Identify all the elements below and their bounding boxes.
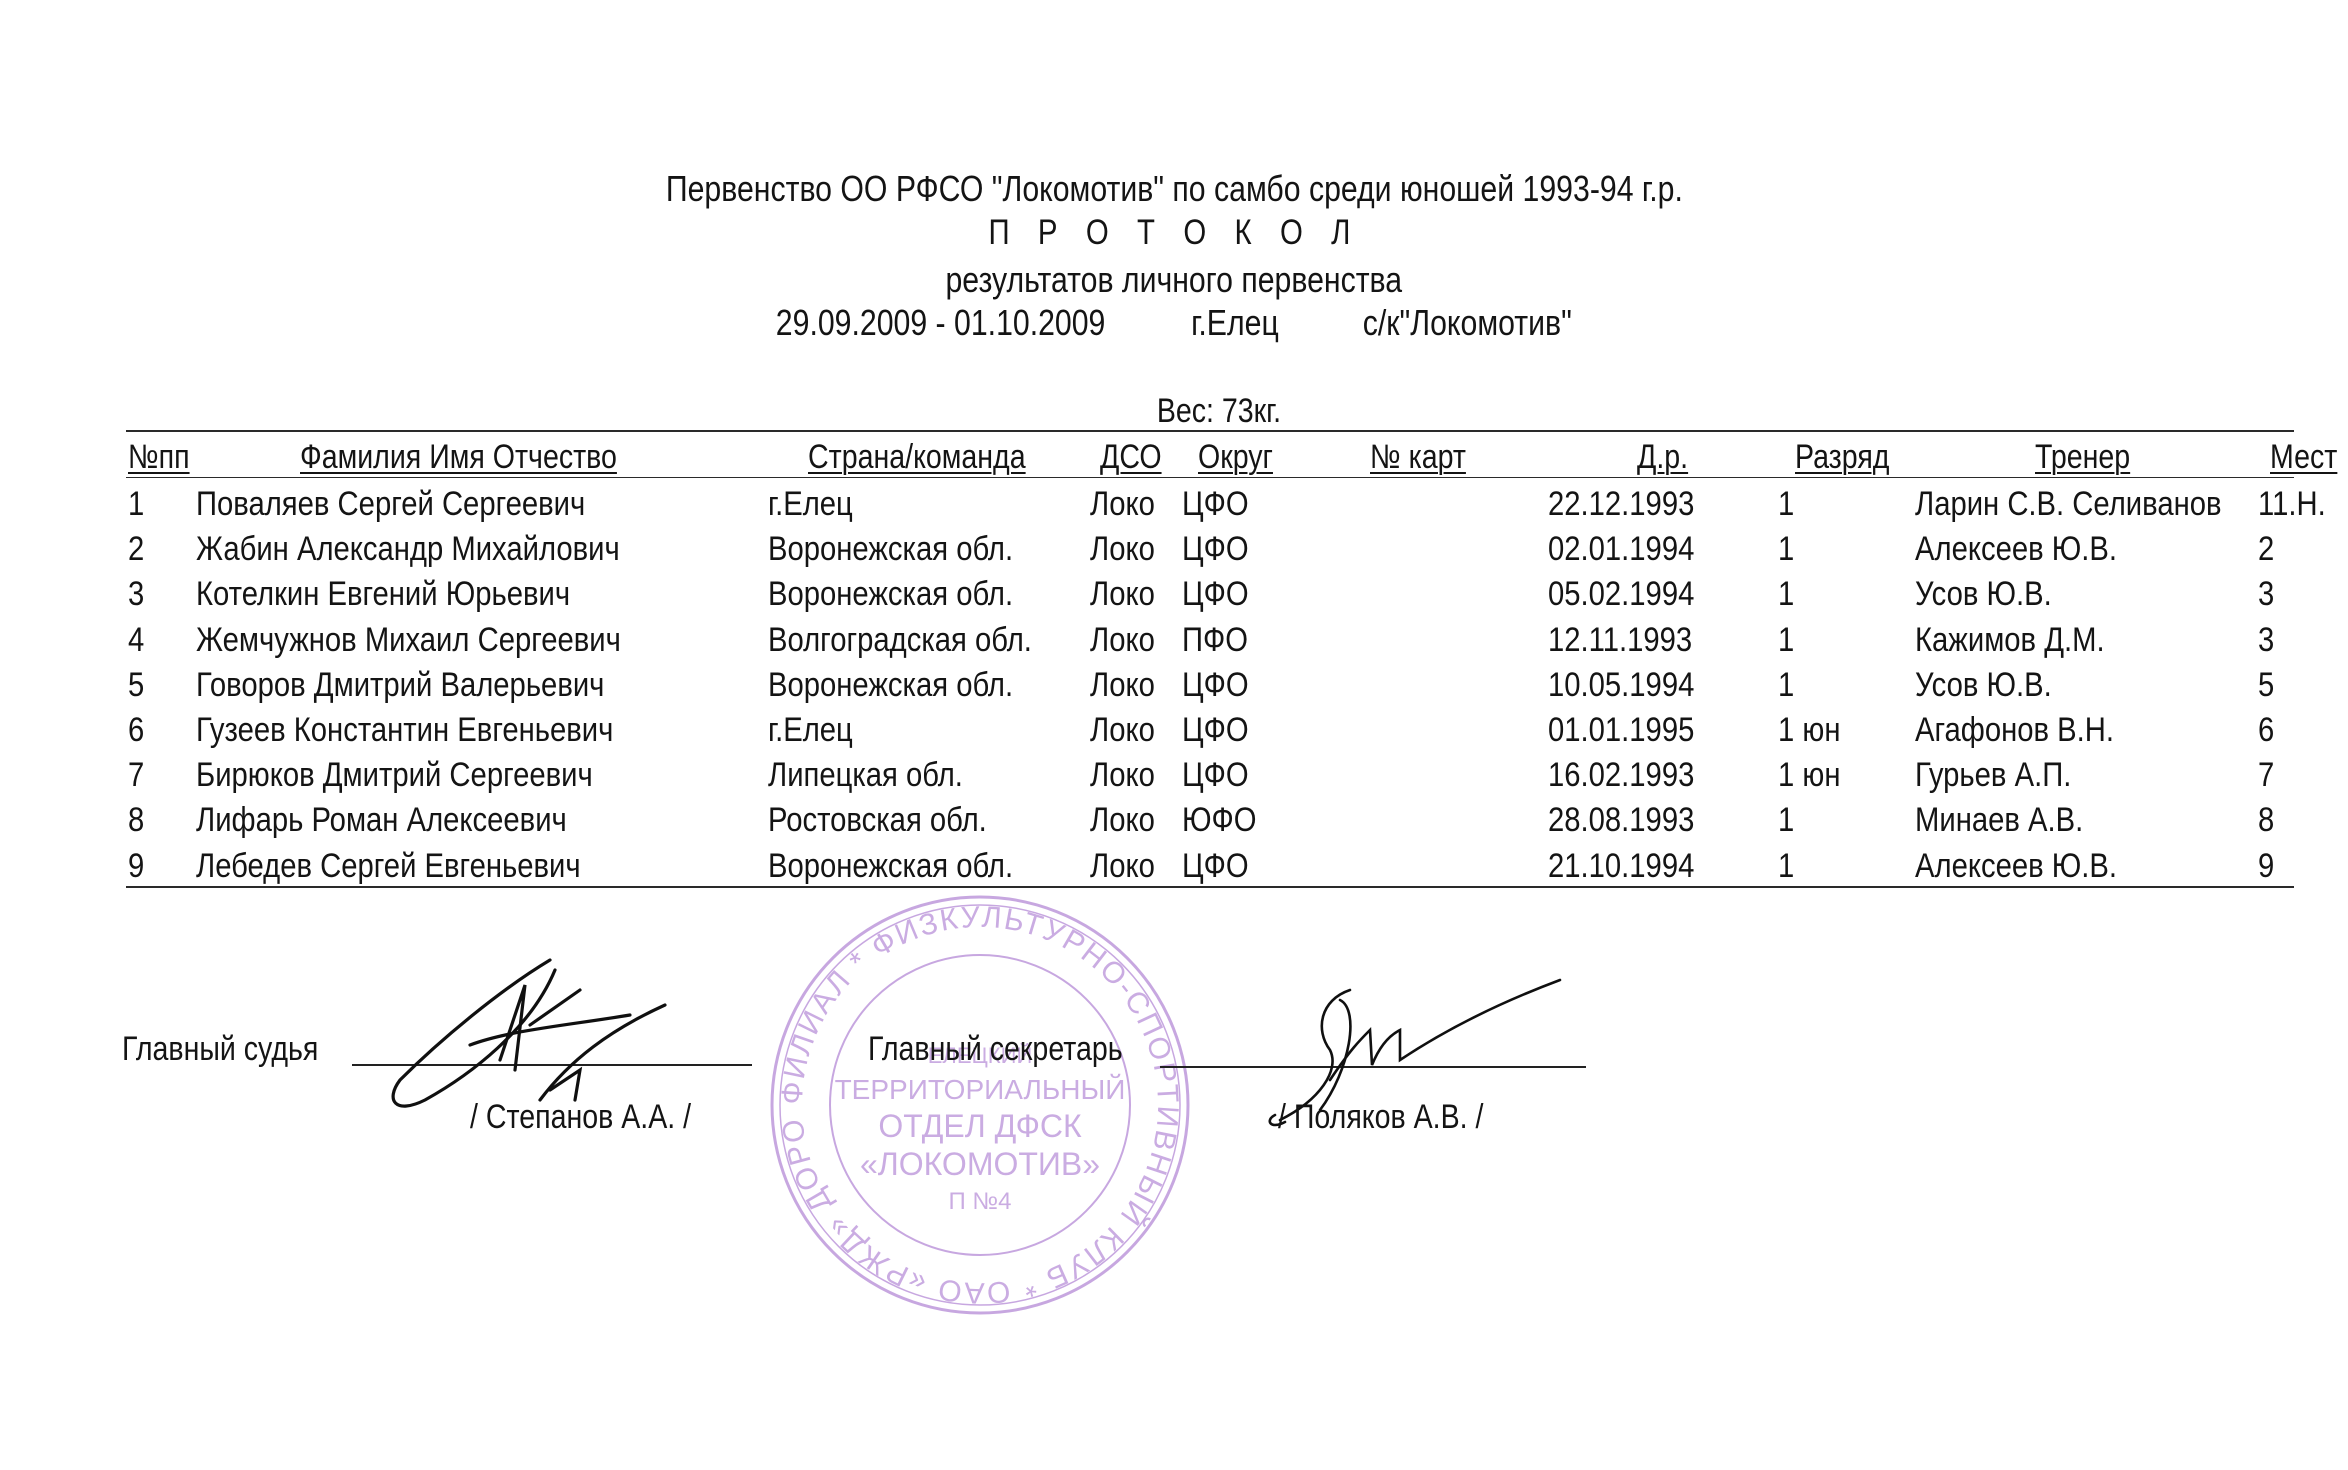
cell-team: Воронежская обл. (768, 530, 1013, 569)
cell-team: Ростовская обл. (768, 801, 987, 840)
cell-district: ЦФО (1182, 666, 1249, 705)
table-row: 3Котелкин Евгений ЮрьевичВоронежская обл… (0, 575, 2348, 620)
cell-fullname: Поваляев Сергей Сергеевич (196, 485, 585, 524)
cell-dso: Локо (1090, 530, 1155, 569)
chief-judge-label: Главный судья (122, 1030, 318, 1069)
cell-fullname: Котелкин Евгений Юрьевич (196, 575, 570, 614)
cell-dob: 22.12.1993 (1548, 485, 1694, 524)
cell-district: ПФО (1182, 621, 1248, 660)
cell-dob: 05.02.1994 (1548, 575, 1694, 614)
cell-dso: Локо (1090, 666, 1155, 705)
table-row: 5Говоров Дмитрий ВалерьевичВоронежская о… (0, 666, 2348, 711)
col-header-coach: Тренер (2035, 438, 2130, 477)
cell-coach: Кажимов Д.М. (1915, 621, 2105, 660)
chief-secretary-label: Главный секретарь (868, 1030, 1123, 1069)
cell-district: ЦФО (1182, 756, 1249, 795)
col-header-place: Мест (2270, 438, 2337, 477)
chief-judge-signature (380, 950, 700, 1120)
document-subtitle-text: результатов личного первенства (946, 259, 1403, 301)
cell-rank: 1 (1778, 621, 1794, 660)
cell-place: 8 (2258, 801, 2274, 840)
col-header-fullname: Фамилия Имя Отчество (300, 438, 617, 477)
col-header-team: Страна/команда (808, 438, 1026, 477)
cell-fullname: Гузеев Константин Евгеньевич (196, 711, 613, 750)
cell-fullname: Говоров Дмитрий Валерьевич (196, 666, 604, 705)
document-type-text: П Р О Т О К О Л (988, 213, 1360, 253)
stamp-inner-line: «ЛОКОМОТИВ» (860, 1146, 1100, 1182)
cell-number: 8 (128, 801, 144, 840)
chief-judge-name: / Степанов А.А. / (470, 1098, 691, 1137)
table-row: 6Гузеев Константин Евгеньевичг.ЕлецЛокоЦ… (0, 711, 2348, 756)
stamp-inner-line: П №4 (948, 1188, 1011, 1215)
cell-team: Воронежская обл. (768, 847, 1013, 886)
cell-rank: 1 (1778, 530, 1794, 569)
cell-number: 1 (128, 485, 144, 524)
cell-number: 6 (128, 711, 144, 750)
col-header-number: №пп (128, 438, 190, 477)
table-row: 8Лифарь Роман АлексеевичРостовская обл.Л… (0, 801, 2348, 846)
cell-rank: 1 (1778, 575, 1794, 614)
event-meta-wrap: 29.09.2009 - 01.10.2009 г.Елец с/к"Локом… (776, 302, 1572, 344)
table-header-rule (126, 477, 2294, 478)
table-row: 1Поваляев Сергей Сергеевичг.ЕлецЛокоЦФО2… (0, 485, 2348, 530)
event-title: Первенство ОО РФСО "Локомотив" по самбо … (0, 168, 2348, 210)
cell-place: 5 (2258, 666, 2274, 705)
cell-district: ЦФО (1182, 847, 1249, 886)
cell-team: г.Елец (768, 711, 853, 750)
cell-dso: Локо (1090, 485, 1155, 524)
cell-dob: 28.08.1993 (1548, 801, 1694, 840)
cell-place: 3 (2258, 575, 2274, 614)
cell-district: ЦФО (1182, 485, 1249, 524)
col-header-dob: Д.р. (1637, 438, 1688, 477)
cell-place: 11.Н. (2258, 485, 2326, 524)
event-city: г.Елец (1191, 302, 1279, 344)
document-subtitle: результатов личного первенства (0, 259, 2348, 301)
cell-team: Воронежская обл. (768, 575, 1013, 614)
col-header-rank: Разряд (1795, 438, 1889, 477)
cell-rank: 1 юн (1778, 711, 1840, 750)
cell-dso: Локо (1090, 756, 1155, 795)
cell-dob: 12.11.1993 (1548, 621, 1692, 660)
cell-fullname: Лебедев Сергей Евгеньевич (196, 847, 581, 886)
cell-rank: 1 (1778, 801, 1794, 840)
cell-number: 5 (128, 666, 144, 705)
table-bottom-rule (126, 886, 2294, 888)
cell-district: ЦФО (1182, 575, 1249, 614)
cell-fullname: Жабин Александр Михайлович (196, 530, 620, 569)
cell-coach: Усов Ю.В. (1915, 666, 2052, 705)
col-header-district: Округ (1198, 438, 1273, 477)
table-row: 7Бирюков Дмитрий СергеевичЛипецкая обл.Л… (0, 756, 2348, 801)
cell-district: ЦФО (1182, 711, 1249, 750)
cell-number: 2 (128, 530, 144, 569)
cell-rank: 1 (1778, 666, 1794, 705)
cell-coach: Гурьев А.П. (1915, 756, 2071, 795)
event-meta: 29.09.2009 - 01.10.2009 г.Елец с/к"Локом… (0, 302, 2348, 344)
col-header-card: № карт (1370, 438, 1466, 477)
cell-dob: 21.10.1994 (1548, 847, 1694, 886)
cell-place: 2 (2258, 530, 2274, 569)
cell-coach: Минаев А.В. (1915, 801, 2083, 840)
cell-team: Липецкая обл. (768, 756, 963, 795)
cell-fullname: Лифарь Роман Алексеевич (196, 801, 567, 840)
official-stamp: ФИЛИАЛ * ФИЗКУЛЬТУРНО-СПОРТИВНЫЙ КЛУБ * … (760, 885, 1200, 1325)
document-type: П Р О Т О К О Л (0, 213, 2348, 253)
stamp-inner-line: ТЕРРИТОРИАЛЬНЫЙ (835, 1074, 1126, 1105)
cell-dso: Локо (1090, 621, 1155, 660)
event-dates: 29.09.2009 - 01.10.2009 (776, 302, 1106, 344)
weight-class: Вес: 73кг. (0, 392, 2348, 431)
cell-coach: Алексеев Ю.В. (1915, 847, 2117, 886)
cell-rank: 1 юн (1778, 756, 1840, 795)
cell-place: 7 (2258, 756, 2274, 795)
stamp-inner-line: ОТДЕЛ ДФСК (878, 1108, 1082, 1144)
cell-team: Волгоградская обл. (768, 621, 1032, 660)
cell-dso: Локо (1090, 847, 1155, 886)
cell-coach: Ларин С.В. Селиванов (1915, 485, 2222, 524)
cell-coach: Алексеев Ю.В. (1915, 530, 2117, 569)
cell-fullname: Жемчужнов Михаил Сергеевич (196, 621, 621, 660)
cell-number: 3 (128, 575, 144, 614)
cell-district: ЦФО (1182, 530, 1249, 569)
cell-team: Воронежская обл. (768, 666, 1013, 705)
cell-number: 9 (128, 847, 144, 886)
cell-district: ЮФО (1182, 801, 1257, 840)
cell-dob: 02.01.1994 (1548, 530, 1694, 569)
cell-rank: 1 (1778, 485, 1794, 524)
cell-coach: Агафонов В.Н. (1915, 711, 2114, 750)
cell-number: 7 (128, 756, 144, 795)
cell-dso: Локо (1090, 711, 1155, 750)
weight-class-text: Вес: 73кг. (1157, 392, 1281, 431)
cell-place: 6 (2258, 711, 2274, 750)
cell-team: г.Елец (768, 485, 853, 524)
event-title-text: Первенство ОО РФСО "Локомотив" по самбо … (665, 168, 1682, 210)
cell-coach: Усов Ю.В. (1915, 575, 2052, 614)
cell-fullname: Бирюков Дмитрий Сергеевич (196, 756, 593, 795)
cell-dob: 10.05.1994 (1548, 666, 1694, 705)
cell-place: 3 (2258, 621, 2274, 660)
cell-dob: 01.01.1995 (1548, 711, 1694, 750)
table-row: 2Жабин Александр МихайловичВоронежская о… (0, 530, 2348, 575)
chief-secretary-name: / Поляков А.В. / (1278, 1098, 1483, 1137)
event-venue: с/к"Локомотив" (1363, 302, 1572, 344)
cell-dso: Локо (1090, 801, 1155, 840)
table-row: 4Жемчужнов Михаил СергеевичВолгоградская… (0, 621, 2348, 666)
cell-dso: Локо (1090, 575, 1155, 614)
cell-place: 9 (2258, 847, 2274, 886)
cell-dob: 16.02.1993 (1548, 756, 1694, 795)
cell-rank: 1 (1778, 847, 1794, 886)
cell-number: 4 (128, 621, 144, 660)
col-header-dso: ДСО (1100, 438, 1162, 477)
table-top-rule (126, 430, 2294, 432)
